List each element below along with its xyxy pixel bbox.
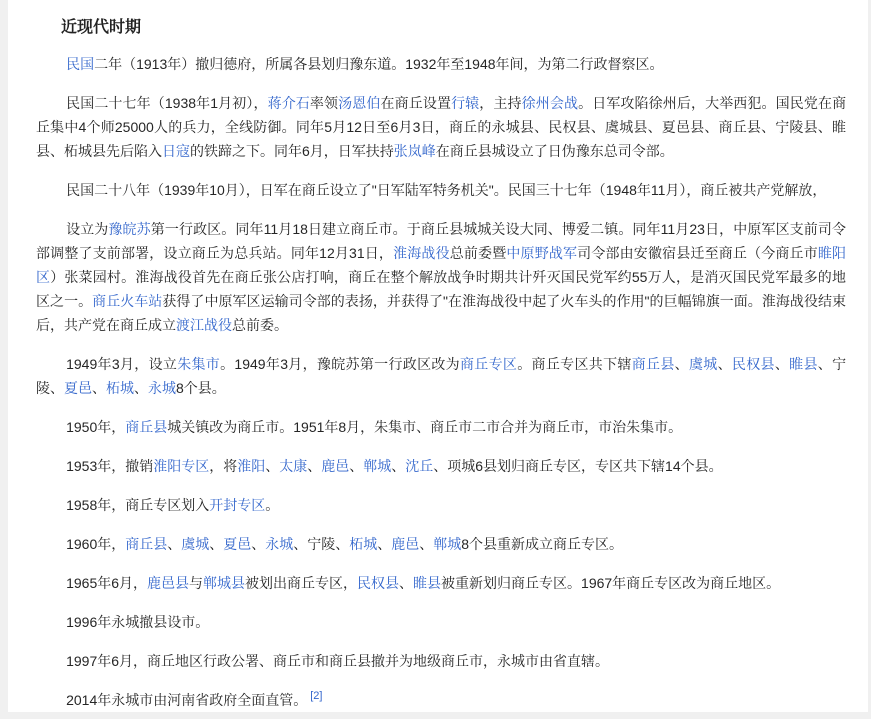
wiki-link[interactable]: 柘城 bbox=[349, 536, 377, 552]
paragraph-text: 2014年永城市由河南省政府全面直管。 bbox=[66, 692, 307, 708]
paragraph-text: 8个县。 bbox=[176, 380, 226, 396]
paragraph-text: 、 bbox=[167, 536, 181, 552]
paragraph-text: 、 bbox=[251, 536, 265, 552]
paragraph: 1949年3月，设立朱集市。1949年3月，豫皖苏第一行政区改为商丘专区。商丘专… bbox=[36, 352, 846, 400]
paragraph-text: 。商丘专区共下辖 bbox=[517, 356, 631, 372]
paragraph-text: 、 bbox=[718, 356, 732, 372]
paragraph-text: 1953年，撤销 bbox=[66, 458, 153, 474]
paragraph-text: 被重新划归商丘专区。1967年商丘专区改为商丘地区。 bbox=[441, 575, 780, 591]
paragraph-text: 1965年6月， bbox=[66, 575, 147, 591]
article-paragraphs: 民国二年（1913年）撤归德府，所属各县划归豫东道。1932年至1948年间，为… bbox=[36, 52, 846, 712]
paragraph-text: 设立为 bbox=[66, 221, 108, 237]
wiki-link[interactable]: 永城 bbox=[265, 536, 293, 552]
wiki-link[interactable]: 商丘县 bbox=[125, 536, 167, 552]
wiki-link[interactable]: 徐州会战 bbox=[522, 95, 578, 111]
wiki-link[interactable]: 开封专区 bbox=[209, 497, 265, 513]
paragraph-text: 1996年永城撤县设市。 bbox=[66, 614, 209, 630]
paragraph: 1997年6月，商丘地区行政公署、商丘市和商丘县撤并为地级商丘市，永城市由省直辖… bbox=[36, 649, 846, 673]
paragraph-text: 。 bbox=[265, 497, 279, 513]
paragraph-text: ，主持 bbox=[479, 95, 521, 111]
wiki-link[interactable]: 民国 bbox=[66, 56, 94, 72]
paragraph-text: 民国二十七年（1938年1月初）， bbox=[66, 95, 267, 111]
wiki-link[interactable]: 民权县 bbox=[357, 575, 399, 591]
paragraph-text: 1949年3月，设立 bbox=[66, 356, 177, 372]
paragraph: 1953年，撤销淮阳专区，将淮阳、太康、鹿邑、郸城、沈丘、项城6县划归商丘专区，… bbox=[36, 454, 846, 478]
reference-link[interactable]: [2] bbox=[310, 690, 322, 702]
paragraph-text: 城关镇改为商丘市。1951年8月，朱集市、商丘市二市合并为商丘市，市治朱集市。 bbox=[167, 419, 682, 435]
wiki-link[interactable]: 民权县 bbox=[732, 356, 775, 372]
paragraph-text: 总前委。 bbox=[232, 317, 288, 333]
paragraph-text: 被划出商丘专区， bbox=[245, 575, 357, 591]
paragraph-text: 1950年， bbox=[66, 419, 125, 435]
wiki-link[interactable]: 鹿邑 bbox=[391, 536, 419, 552]
paragraph-text: 在商丘设置 bbox=[381, 95, 452, 111]
paragraph-text: 民国二十八年（1939年10月），日军在商丘设立了"日军陆军特务机关"。民国三十… bbox=[66, 182, 826, 198]
wiki-link[interactable]: 夏邑 bbox=[64, 380, 92, 396]
paragraph-text: 、 bbox=[419, 536, 433, 552]
wiki-link[interactable]: 朱集市 bbox=[177, 356, 220, 372]
paragraph: 1996年永城撤县设市。 bbox=[36, 610, 846, 634]
paragraph-text: 、 bbox=[265, 458, 279, 474]
paragraph-text: 司令部由安徽宿县迁至商丘（今商丘市 bbox=[577, 245, 818, 261]
wiki-link[interactable]: 豫皖苏 bbox=[108, 221, 150, 237]
paragraph-text: 1960年， bbox=[66, 536, 125, 552]
paragraph: 2014年永城市由河南省政府全面直管。[2] bbox=[36, 688, 846, 712]
wiki-link[interactable]: 鹿邑县 bbox=[147, 575, 189, 591]
paragraph: 1950年，商丘县城关镇改为商丘市。1951年8月，朱集市、商丘市二市合并为商丘… bbox=[36, 415, 846, 439]
wiki-link[interactable]: 鹿邑 bbox=[321, 458, 349, 474]
wiki-link[interactable]: 虞城 bbox=[689, 356, 718, 372]
wiki-link[interactable]: 中原野战军 bbox=[506, 245, 577, 261]
wiki-link[interactable]: 柘城 bbox=[106, 380, 134, 396]
paragraph-text: 8个县重新成立商丘专区。 bbox=[461, 536, 623, 552]
wiki-link[interactable]: 虞城 bbox=[181, 536, 209, 552]
wiki-link[interactable]: 夏邑 bbox=[223, 536, 251, 552]
paragraph: 1960年，商丘县、虞城、夏邑、永城、宁陵、柘城、鹿邑、郸城8个县重新成立商丘专… bbox=[36, 532, 846, 556]
wiki-link[interactable]: 太康 bbox=[279, 458, 307, 474]
paragraph-text: 1997年6月，商丘地区行政公署、商丘市和商丘县撤并为地级商丘市，永城市由省直辖… bbox=[66, 653, 609, 669]
paragraph: 1958年，商丘专区划入开封专区。 bbox=[36, 493, 846, 517]
wiki-link[interactable]: 沈丘 bbox=[405, 458, 433, 474]
paragraph-text: 的铁蹄之下。同年6月，日军扶持 bbox=[190, 143, 394, 159]
paragraph-text: 率领 bbox=[310, 95, 338, 111]
wiki-link[interactable]: 汤恩伯 bbox=[338, 95, 380, 111]
paragraph: 民国二十八年（1939年10月），日军在商丘设立了"日军陆军特务机关"。民国三十… bbox=[36, 178, 846, 202]
wiki-link[interactable]: 日寇 bbox=[162, 143, 190, 159]
paragraph: 民国二年（1913年）撤归德府，所属各县划归豫东道。1932年至1948年间，为… bbox=[36, 52, 846, 76]
paragraph-text: 二年（1913年）撤归德府，所属各县划归豫东道。1932年至1948年间，为第二… bbox=[94, 56, 663, 72]
wiki-link[interactable]: 永城 bbox=[148, 380, 176, 396]
paragraph: 1965年6月，鹿邑县与郸城县被划出商丘专区，民权县、睢县被重新划归商丘专区。1… bbox=[36, 571, 846, 595]
wiki-link[interactable]: 郸城县 bbox=[203, 575, 245, 591]
paragraph-text: 1958年，商丘专区划入 bbox=[66, 497, 209, 513]
wiki-link[interactable]: 郸城 bbox=[363, 458, 391, 474]
wiki-link[interactable]: 睢县 bbox=[413, 575, 441, 591]
paragraph-text: 、 bbox=[377, 536, 391, 552]
paragraph-text: ，将 bbox=[209, 458, 237, 474]
paragraph-text: 、 bbox=[391, 458, 405, 474]
paragraph-text: 、 bbox=[134, 380, 148, 396]
section-heading: 近现代时期 bbox=[61, 18, 846, 37]
wiki-link[interactable]: 商丘县 bbox=[125, 419, 167, 435]
wiki-link[interactable]: 商丘火车站 bbox=[92, 293, 162, 309]
paragraph-text: 、 bbox=[399, 575, 413, 591]
wiki-link[interactable]: 张岚峰 bbox=[394, 143, 436, 159]
paragraph-text: 、 bbox=[775, 356, 789, 372]
paragraph-text: 、 bbox=[675, 356, 689, 372]
paragraph-text: 、 bbox=[307, 458, 321, 474]
paragraph-text: 总前委暨 bbox=[450, 245, 507, 261]
wiki-link[interactable]: 淮海战役 bbox=[393, 245, 450, 261]
paragraph-text: 、宁陵、 bbox=[293, 536, 349, 552]
wiki-link[interactable]: 淮阳 bbox=[237, 458, 265, 474]
paragraph-text: 、 bbox=[349, 458, 363, 474]
paragraph-text: 。1949年3月，豫皖苏第一行政区改为 bbox=[220, 356, 460, 372]
paragraph: 设立为豫皖苏第一行政区。同年11月18日建立商丘市。于商丘县城城关设大同、博爱二… bbox=[36, 217, 846, 337]
paragraph-text: 、 bbox=[209, 536, 223, 552]
wiki-link[interactable]: 商丘专区 bbox=[460, 356, 517, 372]
content-area: 近现代时期 民国二年（1913年）撤归德府，所属各县划归豫东道。1932年至19… bbox=[8, 0, 868, 712]
paragraph-text: 、 bbox=[92, 380, 106, 396]
wiki-link[interactable]: 睢县 bbox=[789, 356, 818, 372]
paragraph-text: 与 bbox=[189, 575, 203, 591]
paragraph-text: 、项城6县划归商丘专区，专区共下辖14个县。 bbox=[433, 458, 722, 474]
wiki-link[interactable]: 渡江战役 bbox=[176, 317, 232, 333]
wiki-link[interactable]: 行辕 bbox=[451, 95, 479, 111]
reference-marker: [2] bbox=[310, 690, 322, 702]
paragraph: 民国二十七年（1938年1月初），蒋介石率领汤恩伯在商丘设置行辕，主持徐州会战。… bbox=[36, 91, 846, 163]
paragraph-text: 在商丘县城设立了日伪豫东总司令部。 bbox=[436, 143, 674, 159]
wiki-link[interactable]: 郸城 bbox=[433, 536, 461, 552]
wiki-link[interactable]: 蒋介石 bbox=[268, 95, 310, 111]
wiki-link[interactable]: 商丘县 bbox=[632, 356, 675, 372]
wiki-link[interactable]: 淮阳专区 bbox=[153, 458, 209, 474]
